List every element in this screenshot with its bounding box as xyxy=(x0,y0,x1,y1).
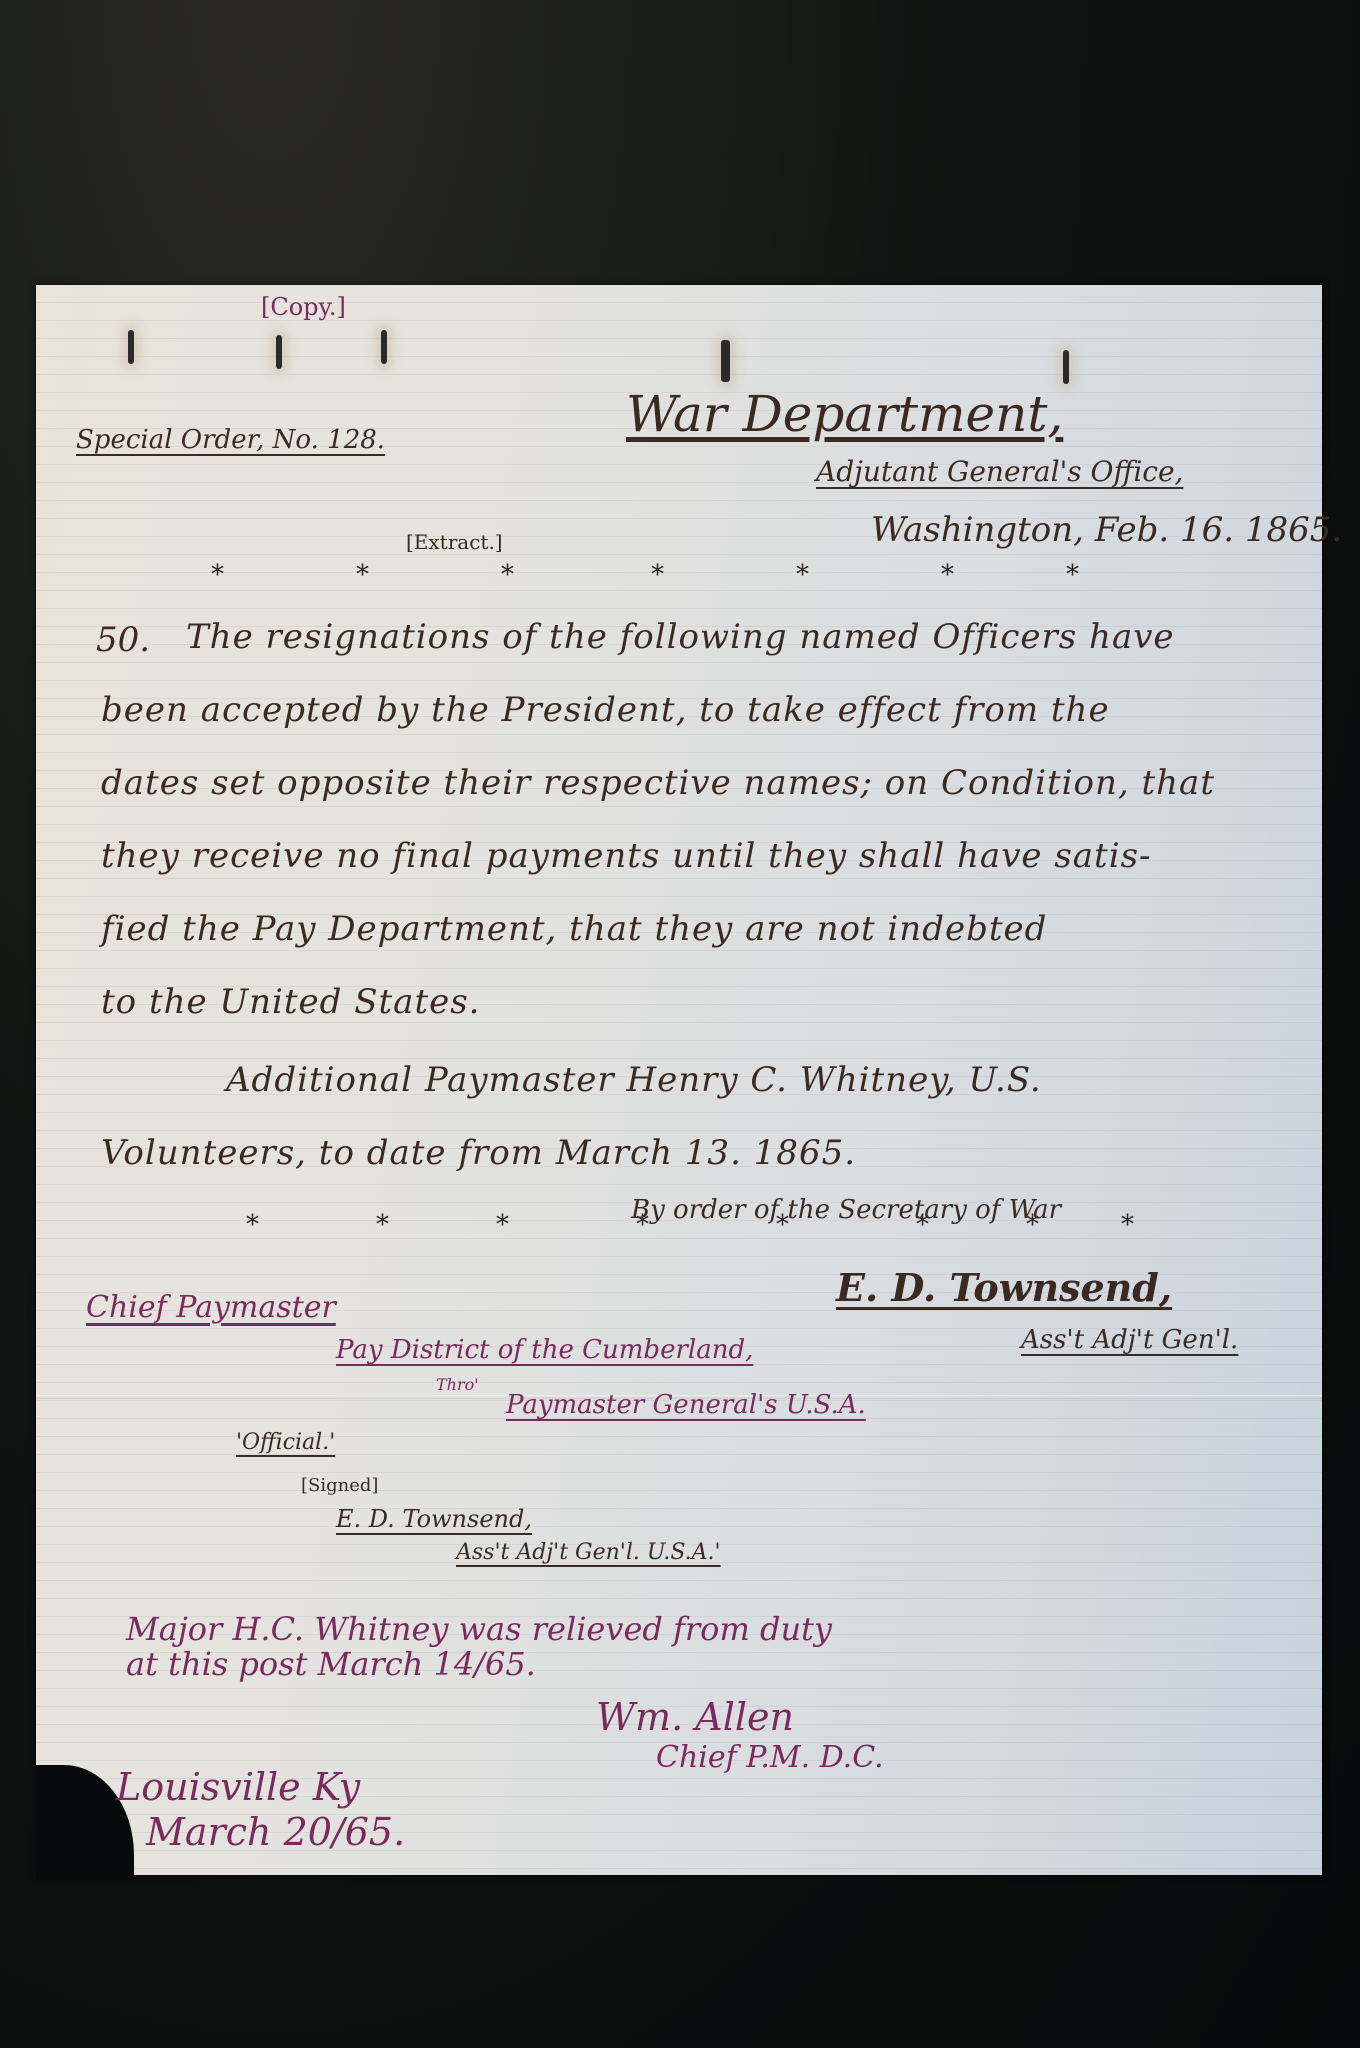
special-order-number: Special Order, No. 128. xyxy=(76,425,385,455)
office-line: Adjutant General's Office, xyxy=(816,455,1183,488)
entry-line-1: Additional Paymaster Henry C. Whitney, U… xyxy=(226,1060,1042,1100)
extract-mark: [Extract.] xyxy=(406,530,503,554)
punch-hole xyxy=(276,335,282,369)
letterhead-title: War Department, xyxy=(626,385,1063,443)
official-label: 'Official.' xyxy=(236,1430,335,1455)
document-page: [Copy.] Special Order, No. 128. War Depa… xyxy=(36,285,1322,1875)
signature-townsend: E. D. Townsend, xyxy=(836,1265,1172,1310)
body-line-2: been accepted by the President, to take … xyxy=(101,690,1110,730)
body-line-1: The resignations of the following named … xyxy=(186,617,1175,657)
entry-line-2: Volunteers, to date from March 13. 1865. xyxy=(101,1133,856,1173)
endorsement-date: March 20/65. xyxy=(146,1810,405,1854)
place-date: Washington, Feb. 16. 1865. xyxy=(871,510,1342,550)
punch-hole xyxy=(1063,350,1069,384)
endorsement-line-1: Major H.C. Whitney was relieved from dut… xyxy=(126,1610,832,1648)
official-name: E. D. Townsend, xyxy=(336,1505,532,1533)
body-line-4: they receive no final payments until the… xyxy=(101,836,1152,876)
body-line-5: fied the Pay Department, that they are n… xyxy=(101,909,1047,949)
address-line-4: Paymaster General's U.S.A. xyxy=(506,1390,866,1420)
punch-hole xyxy=(128,330,134,364)
paragraph-number: 50. xyxy=(96,620,150,660)
address-line-1: Chief Paymaster xyxy=(86,1290,336,1325)
by-order-line: By order of the Secretary of War xyxy=(631,1195,1061,1225)
address-line-3: Thro' xyxy=(436,1375,479,1394)
signed-mark: [Signed] xyxy=(301,1475,378,1496)
punch-hole xyxy=(721,340,730,382)
body-line-3: dates set opposite their respective name… xyxy=(101,763,1215,803)
body-line-6: to the United States. xyxy=(101,982,480,1022)
punch-hole xyxy=(381,330,387,364)
endorsement-title: Chief P.M. D.C. xyxy=(656,1740,884,1775)
official-title: Ass't Adj't Gen'l. U.S.A.' xyxy=(456,1540,721,1565)
copy-mark: [Copy.] xyxy=(261,293,346,321)
endorsement-line-2: at this post March 14/65. xyxy=(126,1645,536,1683)
endorsement-place: Louisville Ky xyxy=(116,1765,360,1809)
signature-title: Ass't Adj't Gen'l. xyxy=(1021,1325,1238,1355)
address-line-2: Pay District of the Cumberland, xyxy=(336,1335,753,1365)
endorsement-signature: Wm. Allen xyxy=(596,1695,794,1739)
